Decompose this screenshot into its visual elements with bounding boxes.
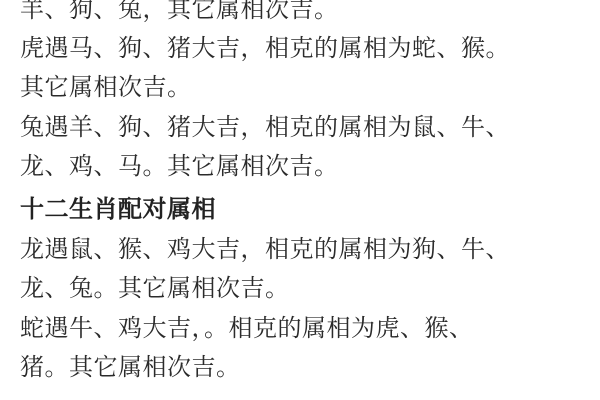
text-line-rabbit-match: 兔遇羊、狗、猪大吉，相克的属相为鼠、牛、: [20, 112, 510, 142]
document-page: 羊、狗、兔，其它属相次吉。 虎遇马、狗、猪大吉，相克的属相为蛇、猴。 其它属相次…: [0, 0, 600, 400]
text-line-sheep-dog-rabbit: 羊、狗、兔，其它属相次吉。: [20, 0, 339, 24]
text-line-dragon-match: 龙遇鼠、猴、鸡大吉，相克的属相为狗、牛、: [20, 234, 510, 264]
text-line-snake-match: 蛇遇牛、鸡大吉，。相克的属相为虎、猴、: [20, 313, 474, 343]
text-line-tiger-match: 虎遇马、狗、猪大吉，相克的属相为蛇、猴。: [20, 33, 510, 63]
text-line-dragon-others: 龙、兔。其它属相次吉。: [20, 273, 290, 303]
text-line-snake-others: 猪。其它属相次吉。: [20, 352, 241, 382]
text-line-rabbit-others: 龙、鸡、马。其它属相次吉。: [20, 151, 339, 181]
text-line-tiger-others: 其它属相次吉。: [20, 72, 192, 102]
section-heading: 十二生肖配对属相: [20, 194, 216, 224]
